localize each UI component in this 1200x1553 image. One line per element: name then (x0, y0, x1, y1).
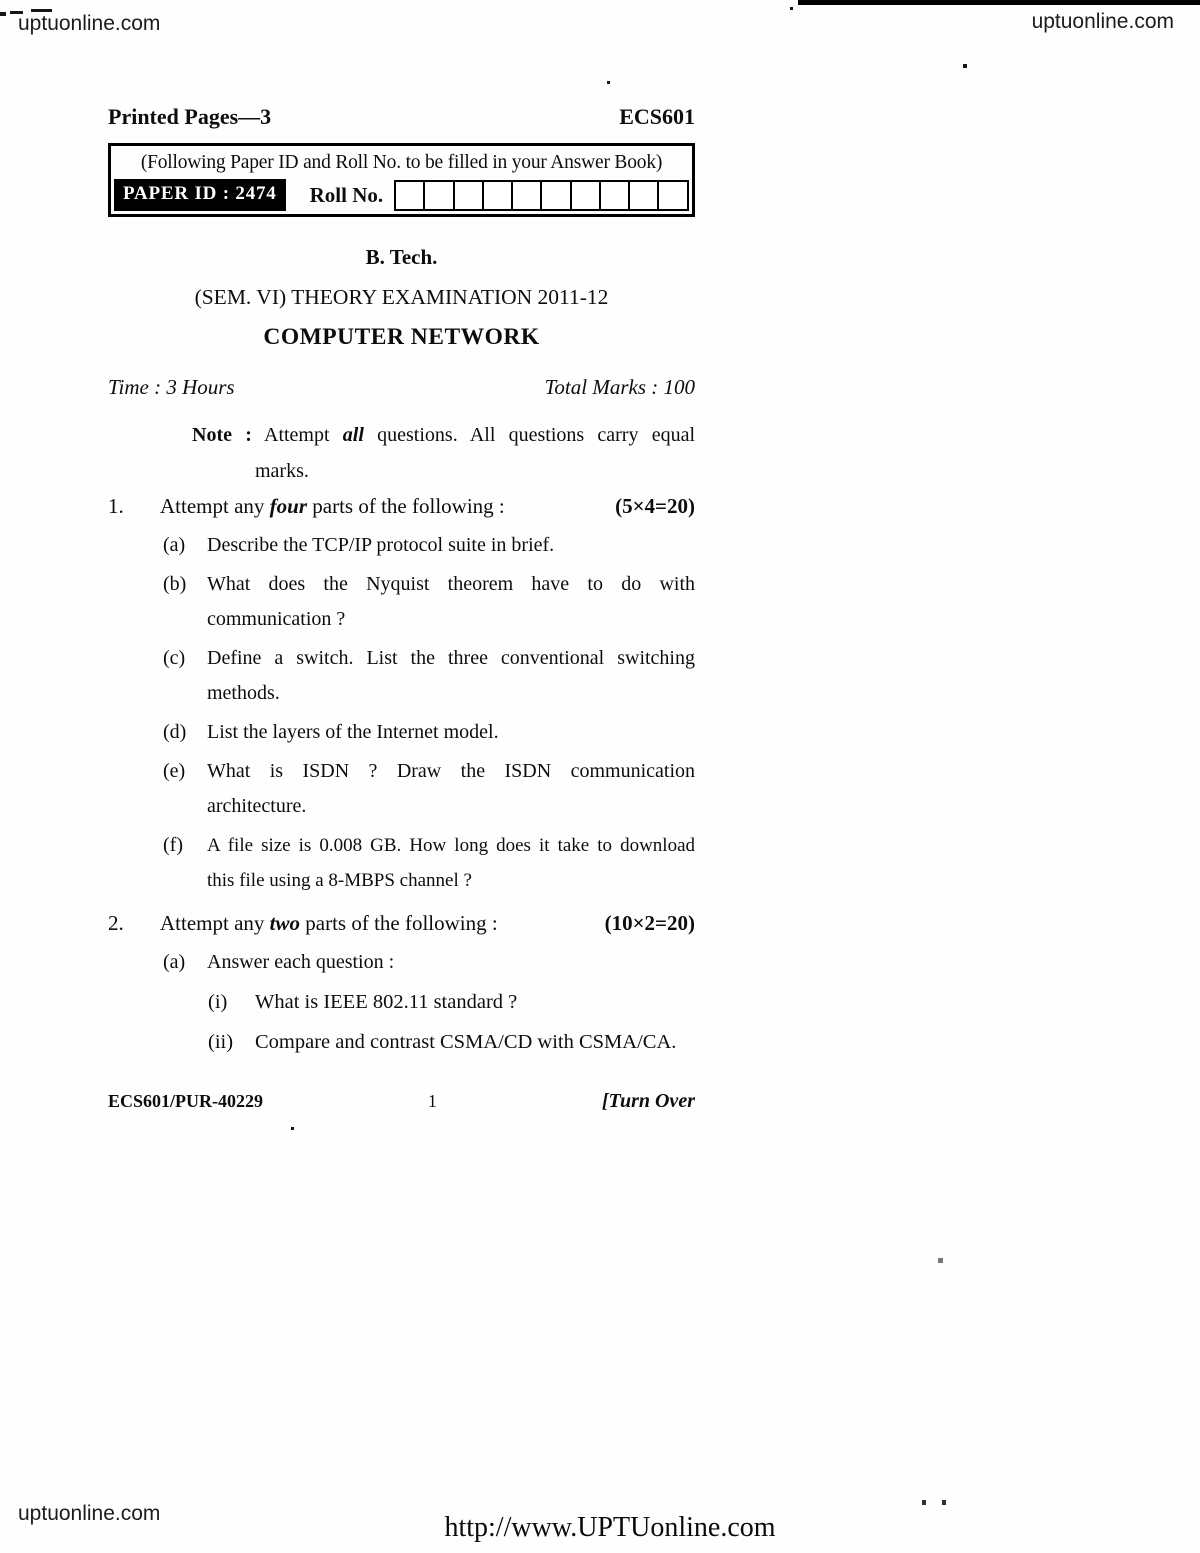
roll-no-label: Roll No. (310, 183, 384, 208)
paper-code: ECS601 (619, 104, 695, 130)
question-marks: (10×2=20) (605, 906, 695, 941)
part-text: Describe the TCP/IP protocol suite in br… (207, 528, 695, 563)
footer-url: http://www.UPTUonline.com (20, 1512, 1200, 1544)
roll-cell (423, 180, 455, 211)
page-footer-row: ECS601/PUR-40229 1 [Turn Over (108, 1090, 695, 1113)
scan-artifact-bar (798, 0, 1200, 5)
part-text: What is ISDN ? Draw the ISDN communicati… (207, 754, 695, 824)
roll-cell (453, 180, 485, 211)
question-part: (e) What is ISDN ? Draw the ISDN communi… (108, 754, 695, 824)
exam-paper-page: uptuonline.com uptuonline.com uptuonline… (0, 0, 1200, 1553)
part-label: (e) (163, 754, 207, 824)
roll-cell (570, 180, 602, 211)
question-part: (f) A file size is 0.008 GB. How long do… (108, 828, 695, 898)
roll-cell (482, 180, 514, 211)
printed-pages-label: Printed Pages—3 (108, 104, 271, 130)
question-number: 1. (108, 489, 160, 524)
question-part: (a) Describe the TCP/IP protocol suite i… (108, 528, 695, 563)
question-2-stem: 2. Attempt any two parts of the followin… (108, 906, 695, 941)
roll-cell (657, 180, 689, 211)
part-label: (d) (163, 715, 207, 750)
question-part: (c) Define a switch. List the three conv… (108, 641, 695, 711)
id-box-row: PAPER ID : 2474 Roll No. (114, 179, 689, 211)
question-subpart: (ii) Compare and contrast CSMA/CD with C… (108, 1025, 695, 1060)
question-part: (d) List the layers of the Internet mode… (108, 715, 695, 750)
question-marks: (5×4=20) (615, 489, 695, 524)
question-1-stem: 1. Attempt any four parts of the followi… (108, 489, 695, 524)
exam-title: (SEM. VI) THEORY EXAMINATION 2011-12 (108, 283, 695, 311)
part-text: Answer each question : (207, 945, 695, 980)
note-text: Attempt (264, 424, 330, 446)
subject-title: COMPUTER NETWORK (108, 323, 695, 351)
paper-reference: ECS601/PUR-40229 (108, 1091, 263, 1112)
roll-no-grid (394, 180, 689, 211)
note-block: Note : Attempt all questions. All questi… (108, 417, 695, 489)
degree-title: B. Tech. (108, 244, 695, 270)
scan-artifact-dot (922, 1500, 926, 1505)
roll-cell (511, 180, 543, 211)
paper-id-box: (Following Paper ID and Roll No. to be f… (108, 143, 695, 217)
part-label: (f) (163, 828, 207, 898)
scan-artifact-dot (942, 1500, 946, 1505)
part-text: Define a switch. List the three conventi… (207, 641, 695, 711)
page-number: 1 (428, 1091, 437, 1112)
part-text: A file size is 0.008 GB. How long does i… (207, 828, 695, 898)
roll-cell (394, 180, 426, 211)
subpart-text: What is IEEE 802.11 standard ? (255, 985, 695, 1020)
turn-over-label: [Turn Over (602, 1090, 695, 1113)
part-label: (c) (163, 641, 207, 711)
time-allowed: Time : 3 Hours (108, 374, 235, 400)
scan-artifact-dot (938, 1258, 943, 1263)
note-line-1: Note : Attempt all questions. All questi… (108, 417, 695, 453)
paper-header-row: Printed Pages—3 ECS601 (108, 104, 695, 130)
question-text: Attempt any four parts of the following … (160, 489, 615, 524)
total-marks: Total Marks : 100 (545, 374, 695, 400)
question-part: (b) What does the Nyquist theorem have t… (108, 567, 695, 637)
note-line-2: marks. (108, 453, 695, 489)
subpart-text: Compare and contrast CSMA/CD with CSMA/C… (255, 1025, 695, 1060)
part-label: (b) (163, 567, 207, 637)
part-text: List the layers of the Internet model. (207, 715, 695, 750)
question-subpart: (i) What is IEEE 802.11 standard ? (108, 985, 695, 1020)
question-text: Attempt any two parts of the following : (160, 906, 605, 941)
exam-content-column: Printed Pages—3 ECS601 (Following Paper … (108, 104, 695, 1060)
scan-artifact-dot (607, 81, 610, 84)
question-part: (a) Answer each question : (108, 945, 695, 980)
roll-cell (628, 180, 660, 211)
scan-artifact-dot (963, 64, 967, 68)
watermark-top-right: uptuonline.com (1032, 10, 1174, 34)
note-text: questions. All questions carry equal (377, 424, 695, 446)
note-emphasis: all (343, 424, 364, 446)
id-box-instruction: (Following Paper ID and Roll No. to be f… (114, 148, 689, 177)
time-marks-row: Time : 3 Hours Total Marks : 100 (108, 374, 695, 400)
part-label: (a) (163, 528, 207, 563)
note-label: Note : (192, 424, 252, 446)
scan-artifact-dot (0, 12, 6, 16)
part-text: What does the Nyquist theorem have to do… (207, 567, 695, 637)
question-number: 2. (108, 906, 160, 941)
scan-artifact-dot (790, 7, 793, 10)
paper-id-chip: PAPER ID : 2474 (114, 179, 286, 211)
subpart-label: (ii) (208, 1025, 255, 1060)
roll-cell (599, 180, 631, 211)
subpart-label: (i) (208, 985, 255, 1020)
roll-cell (540, 180, 572, 211)
part-label: (a) (163, 945, 207, 980)
scan-artifact-dot (291, 1127, 294, 1130)
watermark-top-left: uptuonline.com (18, 12, 160, 36)
